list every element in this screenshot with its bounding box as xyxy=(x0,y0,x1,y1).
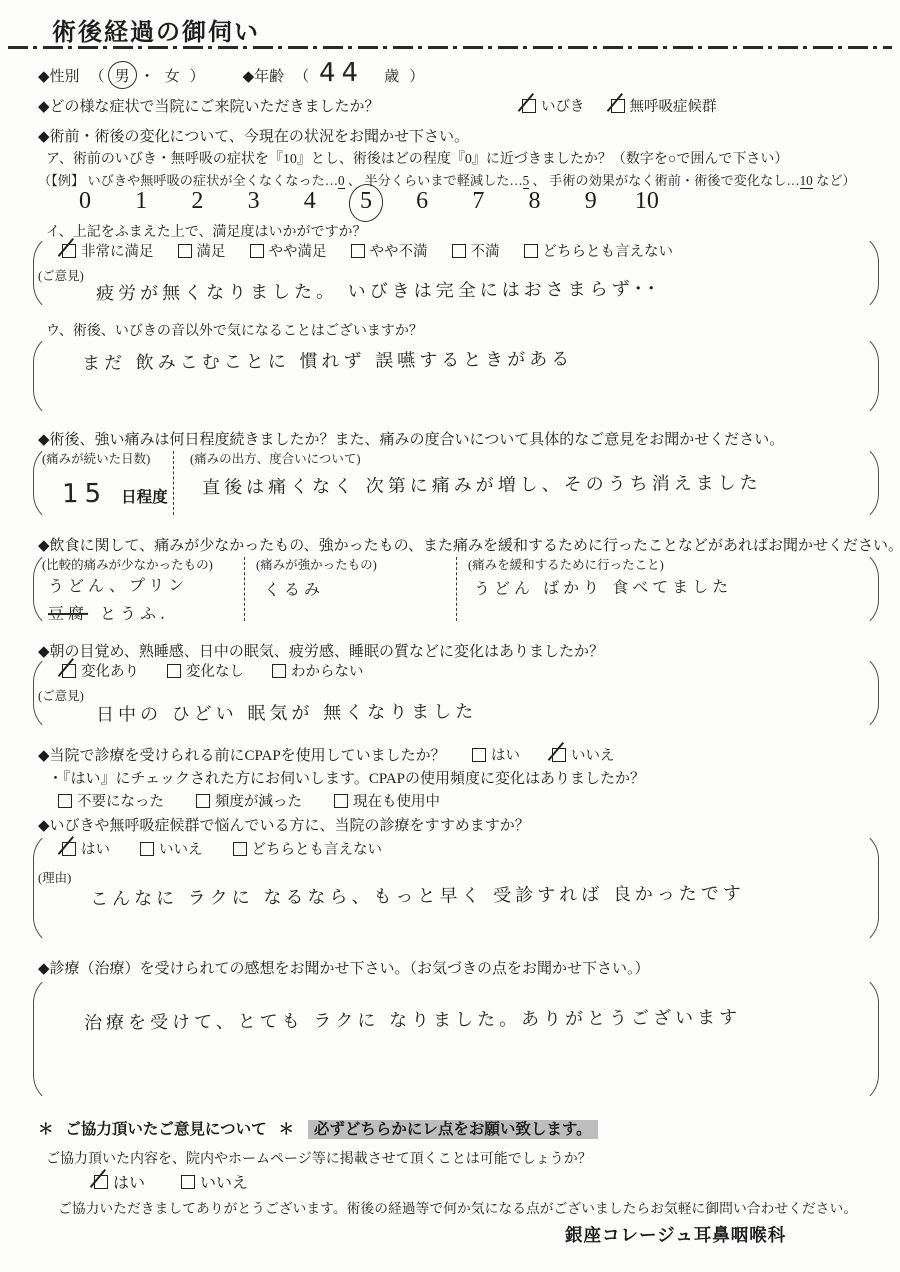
food-col2-handwritten: くるみ xyxy=(264,577,324,601)
checkbox-icon xyxy=(552,748,566,762)
symptom-option-snoring: いびき xyxy=(522,95,585,116)
publish-intro-text: ご協力頂いたご意見について xyxy=(65,1121,266,1138)
scale-number-0: 0 xyxy=(70,188,100,215)
column-divider xyxy=(456,557,457,621)
publish-options: はい いいえ xyxy=(94,1170,248,1193)
gender-label: ◆性別 xyxy=(38,65,80,86)
page-title: 術後経過の御伺い xyxy=(52,12,260,47)
paren: （ xyxy=(294,65,309,86)
scale-number-5: 5 xyxy=(351,188,381,215)
concerns-comment-handwritten: まだ 飲みこむことに 慣れず 誤嚥するときがある xyxy=(82,345,573,375)
checkbox-icon xyxy=(178,244,192,258)
example-text: 、 手術の効果がなく術前・術後で変化なし… xyxy=(529,173,799,188)
opinion-label: (ご意見) xyxy=(38,266,84,284)
checkbox-label: 不要になった xyxy=(77,790,164,811)
example-underlined-0: 0 xyxy=(338,173,345,189)
checkbox-icon xyxy=(522,99,536,113)
checkbox-icon xyxy=(233,842,247,856)
checkbox-label: わからない xyxy=(291,660,364,681)
recommend-option-neither: どちらとも言えない xyxy=(233,838,383,859)
example-underlined-10: 10 xyxy=(800,173,813,189)
checkbox-icon xyxy=(351,244,365,258)
recommend-comment-handwritten: こんなに ラクに なるなら、もっと早く 受診すれば 良かったです xyxy=(90,879,745,911)
cpap-question-2: ・『はい』にチェックされた方にお伺いします。CPAPの使用頻度に変化はありました… xyxy=(48,767,645,788)
gender-option-male: 男 xyxy=(115,65,130,86)
option-very-satisfied: 非常に満足 xyxy=(62,240,154,261)
satisfaction-comment-handwritten: 疲労が無くなりました。 いびきは完全にはおさまらず･･ xyxy=(96,275,660,306)
checkbox-icon xyxy=(611,99,625,113)
scale-number-2: 2 xyxy=(182,188,212,215)
scale-number-6: 6 xyxy=(407,188,437,215)
scale-number-10: 10 xyxy=(632,188,662,215)
recommend-options: はい いいえ どちらとも言えない xyxy=(62,838,382,859)
option-somewhat-satisfied: やや満足 xyxy=(250,240,327,261)
pain-days-unit: 日程度 xyxy=(121,489,168,506)
checkbox-label: はい xyxy=(81,838,110,859)
scale-number-3: 3 xyxy=(239,188,269,215)
symptom-option-apnea: 無呼吸症候群 xyxy=(611,95,717,116)
symptoms-question: ◆どの様な症状で当院にご来院いただきましたか？ xyxy=(38,95,380,116)
publish-emphasis: 必ずどちらかにレ点をお願い致します。 xyxy=(308,1120,598,1139)
sleep-answer-box: 変化あり 変化なし わからない (ご意見) 日中の ひどい 眠気が 無くなりまし… xyxy=(33,652,879,734)
option-no-change: 変化なし xyxy=(167,660,244,681)
pain-desc-label: (痛みの出方、度合いについて) xyxy=(190,449,361,467)
example-text: （【例】 いびきや無呼吸の症状が全くなくなった… xyxy=(38,173,338,188)
checkbox-label: 満足 xyxy=(197,240,226,261)
checkbox-label: 変化なし xyxy=(186,660,244,681)
clinic-name: 銀座コレージュ耳鼻咽喉科 xyxy=(565,1222,786,1247)
cpap-question-1: ◆当院で診療を受けられる前にCPAPを使用していましたか？ xyxy=(38,744,446,765)
sleep-comment-handwritten: 日中の ひどい 眠気が 無くなりました xyxy=(96,697,477,726)
checkbox-label: いいえ xyxy=(571,744,615,765)
reason-label: (理由) xyxy=(38,868,71,886)
checkbox-icon xyxy=(452,244,466,258)
checkbox-icon xyxy=(472,748,486,762)
checkbox-label: いいえ xyxy=(159,838,203,859)
satisfaction-options: 非常に満足 満足 やや満足 やや不満 不満 どちらとも言えない xyxy=(62,240,673,261)
food-col3-label: (痛みを緩和するために行ったこと) xyxy=(468,555,664,573)
publish-option-yes: はい xyxy=(94,1170,145,1193)
cpap-q1-options: はい いいえ xyxy=(472,744,615,765)
sleep-options: 変化あり 変化なし わからない xyxy=(62,660,364,681)
asterisk: ＊ xyxy=(38,1121,54,1138)
impression-answer-box: 治療を受けて、とても ラクに なりました。ありがとうございます xyxy=(33,973,879,1105)
checkbox-icon xyxy=(196,794,210,808)
checkbox-icon xyxy=(167,664,181,678)
option-unknown: わからない xyxy=(272,660,364,681)
scale-number-1: 1 xyxy=(126,188,156,215)
scale-number-8: 8 xyxy=(520,188,550,215)
checkbox-icon xyxy=(62,244,76,258)
checkbox-label: 不満 xyxy=(471,240,500,261)
age-value-handwritten: 44 xyxy=(319,58,364,88)
checkbox-icon xyxy=(334,794,348,808)
satisfaction-answer-box: 非常に満足 満足 やや満足 やや不満 不満 どちらとも言えない (ご意見) 疲労… xyxy=(33,232,879,314)
food-col1-line1-handwritten: うどん、プリン xyxy=(48,572,189,596)
scale-number-7: 7 xyxy=(463,188,493,215)
impression-comment-handwritten: 治療を受けて、とても ラクに なりました。ありがとうございます xyxy=(84,1003,741,1035)
example-text: など） xyxy=(813,173,856,188)
checkbox-label: はい xyxy=(491,744,520,765)
option-neither: どちらとも言えない xyxy=(524,240,674,261)
recommend-answer-box: はい いいえ どちらとも言えない (理由) こんなに ラクに なるなら、もっと早… xyxy=(33,829,879,947)
checkbox-label: はい xyxy=(113,1170,145,1193)
rating-scale: 0 1 2 3 4 5 6 7 8 9 10 xyxy=(70,188,662,215)
checkbox-label: 現在も使用中 xyxy=(353,790,440,811)
separator-dot: ・ xyxy=(140,65,155,86)
food-col1-line2: 豆腐 とうふ. xyxy=(48,601,169,624)
checkbox-icon xyxy=(94,1175,108,1189)
scale-number-9: 9 xyxy=(576,188,606,215)
checkbox-icon xyxy=(140,842,154,856)
publish-question: ご協力頂いた内容を、院内やホームページ等に掲載させて頂くことは可能でしょうか？ xyxy=(46,1148,592,1168)
checkbox-icon xyxy=(250,244,264,258)
paren: （ xyxy=(90,65,105,86)
option-changed: 変化あり xyxy=(62,660,139,681)
checkbox-icon xyxy=(272,664,286,678)
checkbox-icon xyxy=(62,664,76,678)
food-col1-label: (比較的痛みが少なかったもの) xyxy=(42,555,213,573)
question-a: ア、術前のいびき・無呼吸の症状を『10』とし、術後はどの程度『0』に近づきました… xyxy=(46,148,788,168)
pain-desc-handwritten: 直後は痛くなく 次第に痛みが増し、そのうち消えました xyxy=(202,469,762,500)
checkbox-label: いびき xyxy=(541,95,585,116)
publish-intro-line: ＊ ご協力頂いたご意見について ＊ 必ずどちらかにレ点をお願い致します。 xyxy=(38,1117,598,1139)
food-col3-handwritten: うどん ばかり 食べてました xyxy=(474,574,732,599)
checkbox-icon xyxy=(62,842,76,856)
cpap-q2-options: 不要になった 頻度が減った 現在も使用中 xyxy=(58,790,440,811)
option-dissatisfied: 不満 xyxy=(452,240,500,261)
scanned-questionnaire-form: 術後経過の御伺い ◆性別 （ 男 ・ 女 ） ◆年齢 （ 44 歳 ） ◆どの様… xyxy=(0,0,900,1272)
checkbox-label: 非常に満足 xyxy=(81,240,154,261)
checkbox-icon xyxy=(524,244,538,258)
checkbox-icon xyxy=(181,1175,195,1189)
example-line: （【例】 いびきや無呼吸の症状が全くなくなった…0 、 半分くらいまで軽減した…… xyxy=(38,170,856,189)
column-divider xyxy=(173,451,174,515)
food-col1-rest-handwritten: とうふ. xyxy=(100,601,169,625)
food-answer-box: (比較的痛みが少なかったもの) うどん、プリン 豆腐 とうふ. (痛みが強かった… xyxy=(33,548,879,630)
pain-answer-box: (痛みが続いた日数) 15 日程度 (痛みの出方、度合いについて) 直後は痛くな… xyxy=(33,442,879,524)
checkbox-label: 無呼吸症候群 xyxy=(630,95,717,116)
pain-days-field: 15 日程度 xyxy=(62,479,168,509)
checkbox-icon xyxy=(58,794,72,808)
thanks-note: ご協力いただきましてありがとうございます。術後の経過等で何か気になる点がございま… xyxy=(58,1197,857,1217)
checkbox-label: どちらとも言えない xyxy=(543,240,674,261)
pain-days-label: (痛みが続いた日数) xyxy=(42,449,150,467)
section-heading-change: ◆術前・術後の変化について、今現在の状況をお聞かせ下さい。 xyxy=(38,125,469,146)
gender-option-female: 女 xyxy=(165,65,180,86)
paren: ） xyxy=(409,65,424,86)
recommend-option-yes: はい xyxy=(62,838,110,859)
checkbox-label: いいえ xyxy=(200,1170,248,1193)
paren: ） xyxy=(190,65,205,86)
age-unit: 歳 xyxy=(384,65,399,86)
pain-days-value-handwritten: 15 xyxy=(62,479,107,509)
option-satisfied: 満足 xyxy=(178,240,226,261)
symptoms-options: いびき 無呼吸症候群 xyxy=(522,95,717,116)
opinion-label: (ご意見) xyxy=(38,686,84,704)
concerns-answer-box: まだ 飲みこむことに 慣れず 誤嚥するときがある xyxy=(33,332,879,420)
column-divider xyxy=(244,557,245,621)
food-col1-struck-handwritten: 豆腐 xyxy=(48,601,88,624)
option-somewhat-dissatisfied: やや不満 xyxy=(351,240,428,261)
checkbox-label: 頻度が減った xyxy=(215,790,302,811)
asterisk: ＊ xyxy=(278,1121,294,1138)
checkbox-label: どちらとも言えない xyxy=(252,838,383,859)
checkbox-label: やや満足 xyxy=(269,240,327,261)
cpap-option-still-using: 現在も使用中 xyxy=(334,790,440,811)
recommend-option-no: いいえ xyxy=(140,838,203,859)
age-label: ◆年齢 xyxy=(243,65,285,86)
food-col2-label: (痛みが強かったもの) xyxy=(256,555,377,573)
dash-dot-divider xyxy=(8,46,892,49)
cpap-option-no-longer-needed: 不要になった xyxy=(58,790,164,811)
checkbox-label: やや不満 xyxy=(370,240,428,261)
cpap-option-yes: はい xyxy=(472,744,520,765)
profile-row: ◆性別 （ 男 ・ 女 ） ◆年齢 （ 44 歳 ） xyxy=(38,62,424,88)
checkbox-label: 変化あり xyxy=(81,660,139,681)
publish-option-no: いいえ xyxy=(181,1170,248,1193)
scale-number-4: 4 xyxy=(295,188,325,215)
cpap-option-frequency-reduced: 頻度が減った xyxy=(196,790,302,811)
cpap-option-no: いいえ xyxy=(552,744,615,765)
